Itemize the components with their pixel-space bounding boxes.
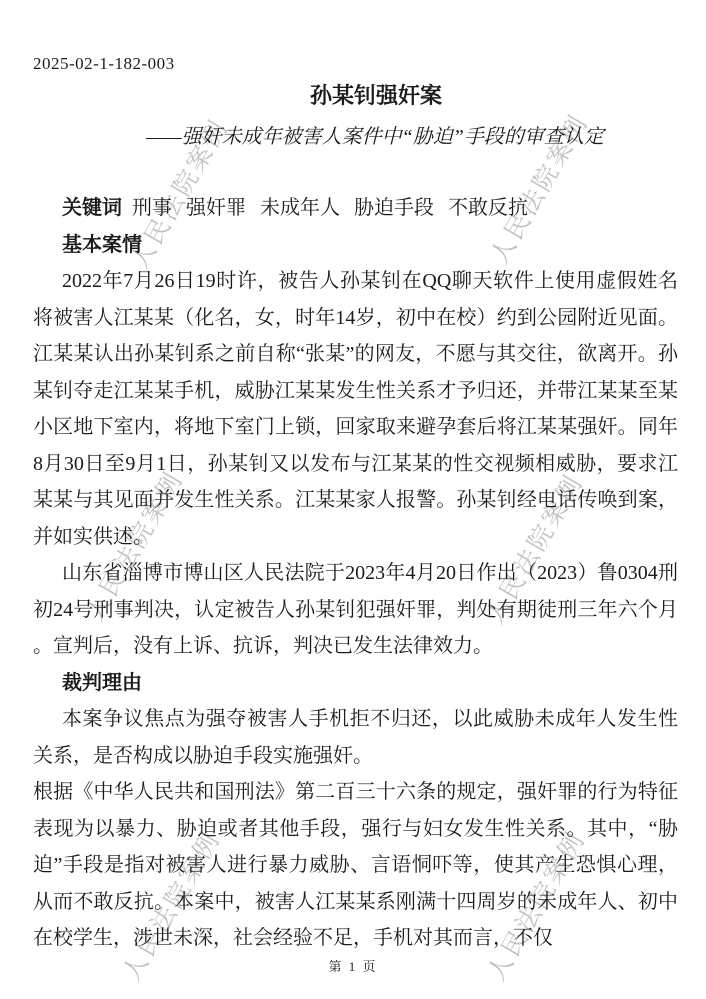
keywords-line: 关键词刑事强奸罪未成年人胁迫手段不敢反抗 [33, 190, 678, 227]
paragraph-facts-1: 2022年7月26日19时许，被告人孙某钊在QQ聊天软件上使用虚假姓名将被害人江… [33, 263, 678, 555]
keyword-item: 刑事 [132, 197, 172, 219]
document-body: 关键词刑事强奸罪未成年人胁迫手段不敢反抗 基本案情 2022年7月26日19时许… [33, 190, 678, 957]
paragraph-facts-2: 山东省淄博市博山区人民法院于2023年4月20日作出（2023）鲁0304刑初2… [33, 555, 678, 665]
section-heading-judgment-reasons: 裁判理由 [33, 665, 678, 702]
keywords-label: 关键词 [62, 197, 122, 219]
paragraph-reasons-2: 根据《中华人民共和国刑法》第二百三十六条的规定，强奸罪的行为特征表现为以暴力、胁… [33, 774, 678, 957]
keyword-item: 不敢反抗 [448, 197, 528, 219]
paragraph-reasons-1: 本案争议焦点为强夺被害人手机拒不归还，以此威胁未成年人发生性关系，是否构成以胁迫… [33, 701, 678, 774]
document-page: 人民法院案例 人民法院案例 人民法院案例 人民法院案例 人民法院案例 人民法院案… [0, 0, 706, 999]
keyword-item: 胁迫手段 [354, 197, 434, 219]
keyword-item: 强奸罪 [186, 197, 246, 219]
page-number: 第 1 页 [0, 958, 706, 976]
case-subtitle: ——强奸未成年被害人案件中“胁迫”手段的审查认定 [22, 124, 706, 150]
doc-number: 2025-02-1-182-003 [33, 54, 175, 74]
case-title: 孙某钊强奸案 [23, 82, 706, 110]
keyword-item: 未成年人 [260, 197, 340, 219]
section-heading-basic-facts: 基本案情 [33, 227, 678, 264]
